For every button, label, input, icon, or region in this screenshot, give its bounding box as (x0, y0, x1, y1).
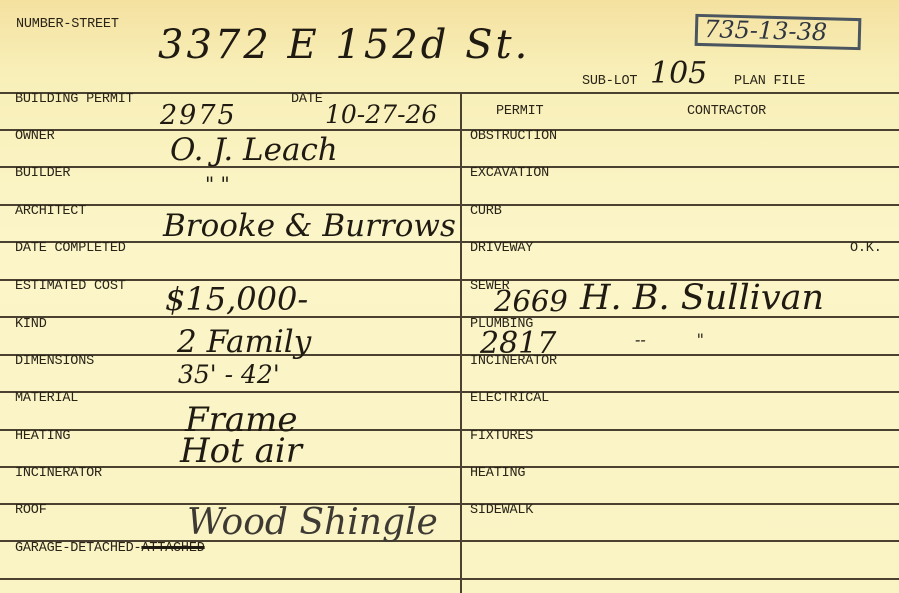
lot-number-stamp: 735-13-38 (695, 14, 862, 50)
heating-value: Hot air (180, 431, 302, 471)
rule (0, 429, 899, 431)
obstruction-label: OBSTRUCTION (470, 129, 557, 144)
architect-value: Brooke & Burrows (163, 208, 456, 244)
estimated-cost-value: $15,000- (165, 280, 308, 318)
rule (0, 92, 899, 94)
date-label: DATE (291, 92, 323, 107)
sub-lot-value: 105 (650, 56, 707, 91)
sewer-contractor: H. B. Sullivan (580, 278, 824, 318)
building-permit-label: BUILDING PERMIT (15, 92, 134, 107)
garage-detached-text: GARAGE-DETACHED- (15, 541, 141, 556)
sidewalk-label: SIDEWALK (470, 503, 533, 518)
builder-value: " " (205, 172, 230, 196)
electrical-label: ELECTRICAL (470, 391, 549, 406)
plan-file-label: PLAN FILE (734, 74, 805, 89)
estimated-cost-label: ESTIMATED COST (15, 279, 126, 294)
roof-value: Wood Shingle (187, 502, 438, 543)
rule (0, 204, 899, 206)
rule (0, 578, 899, 580)
date-completed-label: DATE COMPLETED (15, 241, 126, 256)
rule (0, 129, 899, 131)
building-permit-card: NUMBER-STREET 3372 E 152d St. 735-13-38 … (0, 0, 899, 593)
heating-permit-label: HEATING (470, 466, 525, 481)
sub-lot-label: SUB-LOT (582, 74, 637, 89)
permit-column-header: PERMIT (496, 104, 543, 119)
fixtures-label: FIXTURES (470, 429, 533, 444)
heating-label: HEATING (15, 429, 70, 444)
material-label: MATERIAL (15, 391, 78, 406)
plumbing-contractor: -- " (635, 330, 704, 349)
dimensions-value: 35' - 42' (178, 360, 280, 389)
builder-label: BUILDER (15, 166, 70, 181)
rule (0, 166, 899, 168)
kind-value: 2 Family (177, 324, 311, 360)
kind-label: KIND (15, 317, 47, 332)
garage-attached-struck: ATTACHED (141, 541, 204, 556)
sewer-permit-number: 2669 (494, 284, 568, 318)
architect-label: ARCHITECT (15, 204, 86, 219)
dimensions-label: DIMENSIONS (15, 354, 94, 369)
number-street-value: 3372 E 152d St. (158, 22, 530, 68)
garage-label: GARAGE-DETACHED-ATTACHED (15, 541, 205, 556)
building-permit-value: 2975 (160, 100, 237, 131)
column-divider (460, 92, 462, 593)
owner-value: O. J. Leach (170, 132, 338, 168)
roof-label: ROOF (15, 503, 47, 518)
number-street-label: NUMBER-STREET (16, 17, 119, 32)
driveway-label: DRIVEWAY (470, 241, 533, 256)
date-value: 10-27-26 (325, 100, 437, 129)
excavation-label: EXCAVATION (470, 166, 549, 181)
curb-label: CURB (470, 204, 502, 219)
rule (0, 391, 899, 393)
contractor-column-header: CONTRACTOR (687, 104, 766, 119)
rule (0, 354, 899, 356)
driveway-value: O.K. (850, 241, 882, 256)
rule (0, 503, 899, 505)
owner-label: OWNER (15, 129, 55, 144)
incinerator-label: INCINERATOR (15, 466, 102, 481)
rule (0, 466, 899, 468)
incinerator-permit-label: INCINERATOR (470, 354, 557, 369)
lot-number-value: 735-13-38 (704, 15, 828, 46)
